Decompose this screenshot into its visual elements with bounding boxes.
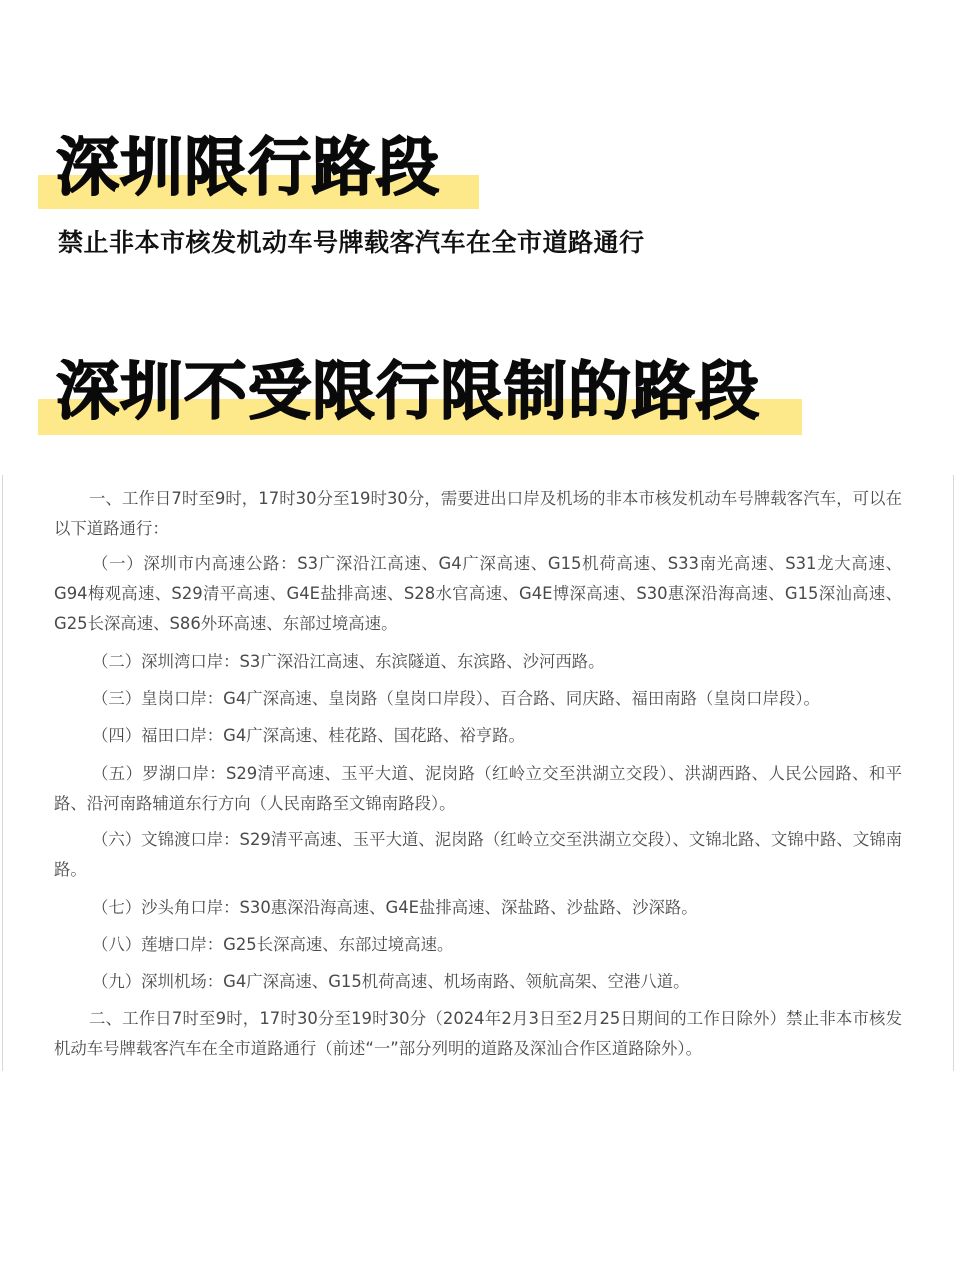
paragraph-expressways: （一）深圳市内高速公路：S3广深沿江高速、G4广深高速、G15机荷高速、S33南…: [54, 549, 902, 639]
paragraph-shatoujiao-port: （七）沙头角口岸：S30惠深沿海高速、G4E盐排高速、深盐路、沙盐路、沙深路。: [54, 893, 902, 923]
paragraph-shenzhen-bay-port: （二）深圳湾口岸：S3广深沿江高速、东滨隧道、东滨路、沙河西路。: [54, 647, 902, 677]
paragraph-wenjindu-port: （六）文锦渡口岸：S29清平高速、玉平大道、泥岗路（红岭立交至洪湖立交段）、文锦…: [54, 825, 902, 885]
paragraph-shenzhen-airport: （九）深圳机场：G4广深高速、G15机荷高速、机场南路、领航高架、空港八道。: [54, 967, 902, 997]
paragraph-section-2-restriction: 二、工作日7时至9时，17时30分至19时30分（2024年2月3日至2月25日…: [54, 1004, 902, 1064]
section-title: 深圳不受限行限制的路段: [56, 350, 760, 434]
paragraph-futian-port: （四）福田口岸：G4广深高速、桂花路、国花路、裕亨路。: [54, 721, 902, 751]
paragraph-section-1-intro: 一、工作日7时至9时，17时30分至19时30分，需要进出口岸及机场的非本市核发…: [54, 484, 902, 544]
paragraph-liantang-port: （八）莲塘口岸：G25长深高速、东部过境高速。: [54, 930, 902, 960]
paragraph-huanggang-port: （三）皇岗口岸：G4广深高速、皇岗路（皇岗口岸段）、百合路、同庆路、福田南路（皇…: [54, 684, 902, 714]
page-subtitle: 禁止非本市核发机动车号牌载客汽车在全市道路通行: [58, 226, 645, 260]
page-title: 深圳限行路段: [56, 128, 440, 208]
paragraph-luohu-port: （五）罗湖口岸：S29清平高速、玉平大道、泥岗路（红岭立交至洪湖立交段）、洪湖西…: [54, 759, 902, 819]
